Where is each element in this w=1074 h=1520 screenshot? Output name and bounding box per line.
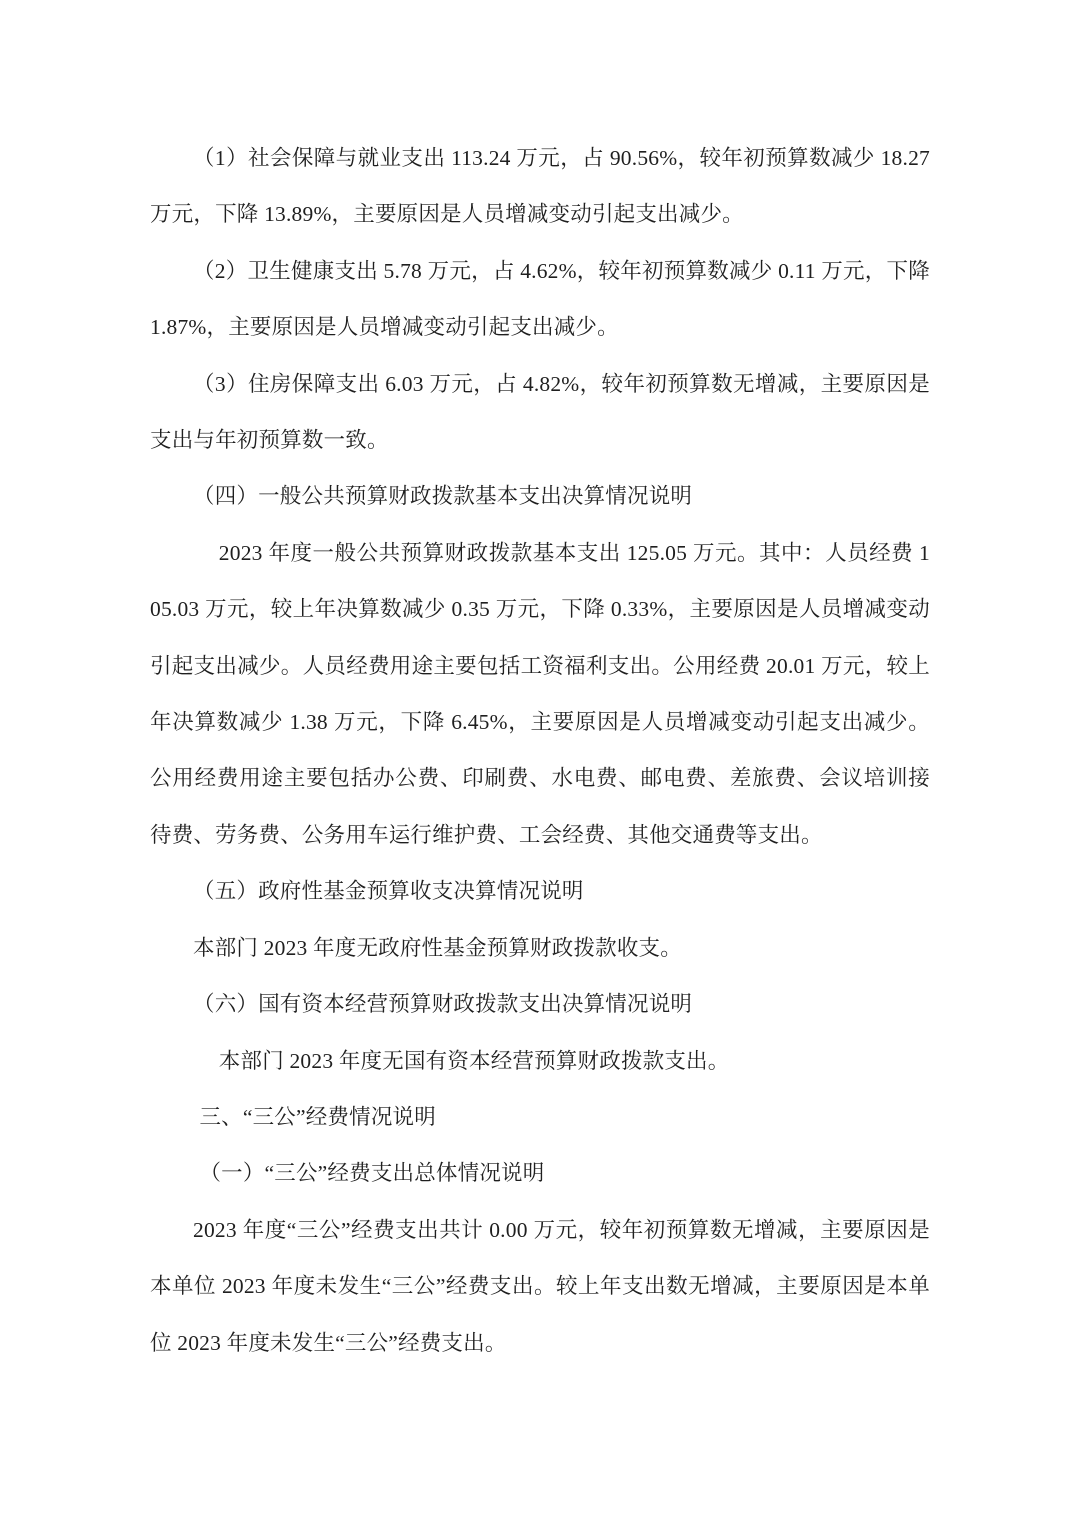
paragraph-state-capital-statement: 本部门 2023 年度无国有资本经营预算财政拨款支出。 <box>150 1033 930 1089</box>
heading-section-six-state-capital: （六）国有资本经营预算财政拨款支出决算情况说明 <box>150 976 930 1032</box>
paragraph-subitem-health-expenditure: （2）卫生健康支出 5.78 万元，占 4.62%，较年初预算数减少 0.11 … <box>150 243 930 356</box>
paragraph-three-public-funds-detail: 2023 年度“三公”经费支出共计 0.00 万元，较年初预算数无增减，主要原因… <box>150 1202 930 1371</box>
heading-chapter-three-public-funds: 三、“三公”经费情况说明 <box>150 1089 930 1145</box>
document-body: （1）社会保障与就业支出 113.24 万元，占 90.56%，较年初预算数减少… <box>150 130 930 1371</box>
paragraph-subitem-social-security-expenditure: （1）社会保障与就业支出 113.24 万元，占 90.56%，较年初预算数减少… <box>150 130 930 243</box>
heading-section-four-basic-expenditure: （四）一般公共预算财政拨款基本支出决算情况说明 <box>150 468 930 524</box>
paragraph-basic-expenditure-detail: 2023 年度一般公共预算财政拨款基本支出 125.05 万元。其中：人员经费 … <box>150 525 930 863</box>
heading-three-public-funds-overall: （一）“三公”经费支出总体情况说明 <box>150 1145 930 1201</box>
paragraph-subitem-housing-expenditure: （3）住房保障支出 6.03 万元，占 4.82%，较年初预算数无增减，主要原因… <box>150 356 930 469</box>
paragraph-government-funds-statement: 本部门 2023 年度无政府性基金预算财政拨款收支。 <box>150 920 930 976</box>
heading-section-five-government-funds: （五）政府性基金预算收支决算情况说明 <box>150 863 930 919</box>
document-page: （1）社会保障与就业支出 113.24 万元，占 90.56%，较年初预算数减少… <box>0 0 1074 1520</box>
